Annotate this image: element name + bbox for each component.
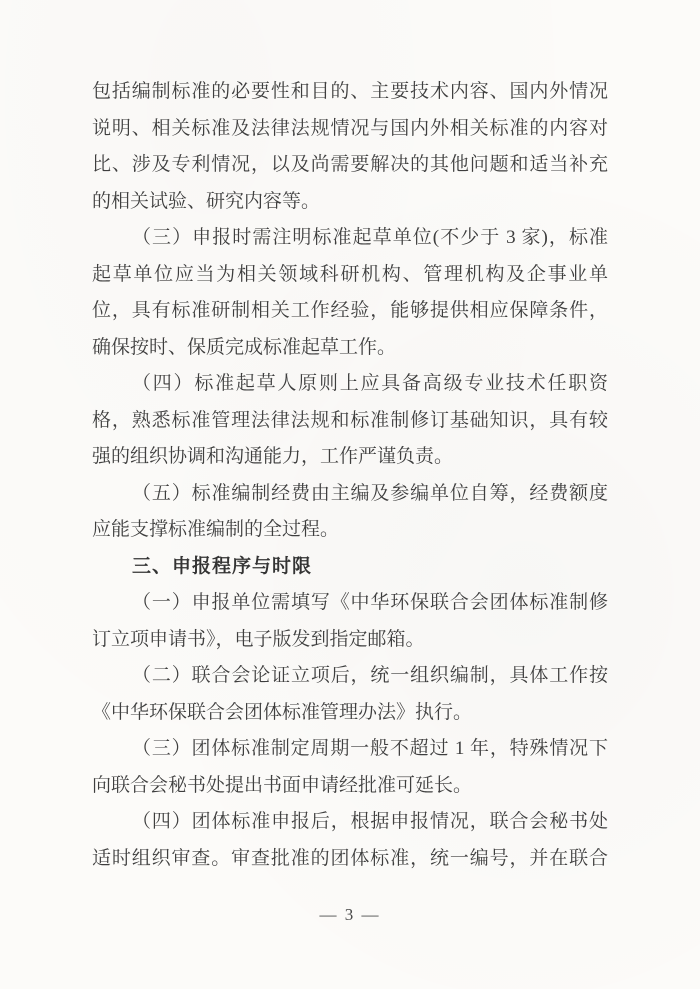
text-line: （三）申报时需注明标准起草单位(不少于 3 家)，标准 (92, 220, 608, 257)
text-line: （二）联合会论证立项后，统一组织编制，具体工作按 (92, 658, 608, 695)
text-line: 应能支撑标准编制的全过程。 (92, 512, 608, 549)
text-line: （四）团体标准申报后，根据申报情况，联合会秘书处 (92, 804, 608, 841)
page-footer: — 3 — (0, 901, 700, 929)
section-heading: 三、申报程序与时限 (92, 549, 608, 586)
text-line: 订立项申请书》，电子版发到指定邮箱。 (92, 622, 608, 659)
page-number: — 3 — (320, 905, 381, 924)
text-line: （一）申报单位需填写《中华环保联合会团体标准制修 (92, 585, 608, 622)
document-page: 包括编制标准的必要性和目的、主要技术内容、国内外情况说明、相关标准及法律法规情况… (0, 0, 700, 989)
document-text-block: 包括编制标准的必要性和目的、主要技术内容、国内外情况说明、相关标准及法律法规情况… (92, 74, 608, 877)
text-line: （五）标准编制经费由主编及参编单位自筹，经费额度 (92, 476, 608, 513)
text-line: 起草单位应当为相关领域科研机构、管理机构及企事业单 (92, 257, 608, 294)
text-line: 包括编制标准的必要性和目的、主要技术内容、国内外情况 (92, 74, 608, 111)
text-line: 的相关试验、研究内容等。 (92, 184, 608, 221)
text-line: 格，熟悉标准管理法律法规和标准制修订基础知识，具有较 (92, 403, 608, 440)
text-line: 适时组织审查。审查批准的团体标准，统一编号，并在联合 (92, 841, 608, 878)
text-line: 强的组织协调和沟通能力，工作严谨负责。 (92, 439, 608, 476)
text-line: 《中华环保联合会团体标准管理办法》执行。 (92, 695, 608, 732)
text-line: 向联合会秘书处提出书面申请经批准可延长。 (92, 768, 608, 805)
text-line: 位，具有标准研制相关工作经验，能够提供相应保障条件， (92, 293, 608, 330)
text-line: （四）标准起草人原则上应具备高级专业技术任职资 (92, 366, 608, 403)
text-line: 确保按时、保质完成标准起草工作。 (92, 330, 608, 367)
text-line: 比、涉及专利情况，以及尚需要解决的其他问题和适当补充 (92, 147, 608, 184)
text-line: （三）团体标准制定周期一般不超过 1 年，特殊情况下 (92, 731, 608, 768)
text-line: 说明、相关标准及法律法规情况与国内外相关标准的内容对 (92, 111, 608, 148)
